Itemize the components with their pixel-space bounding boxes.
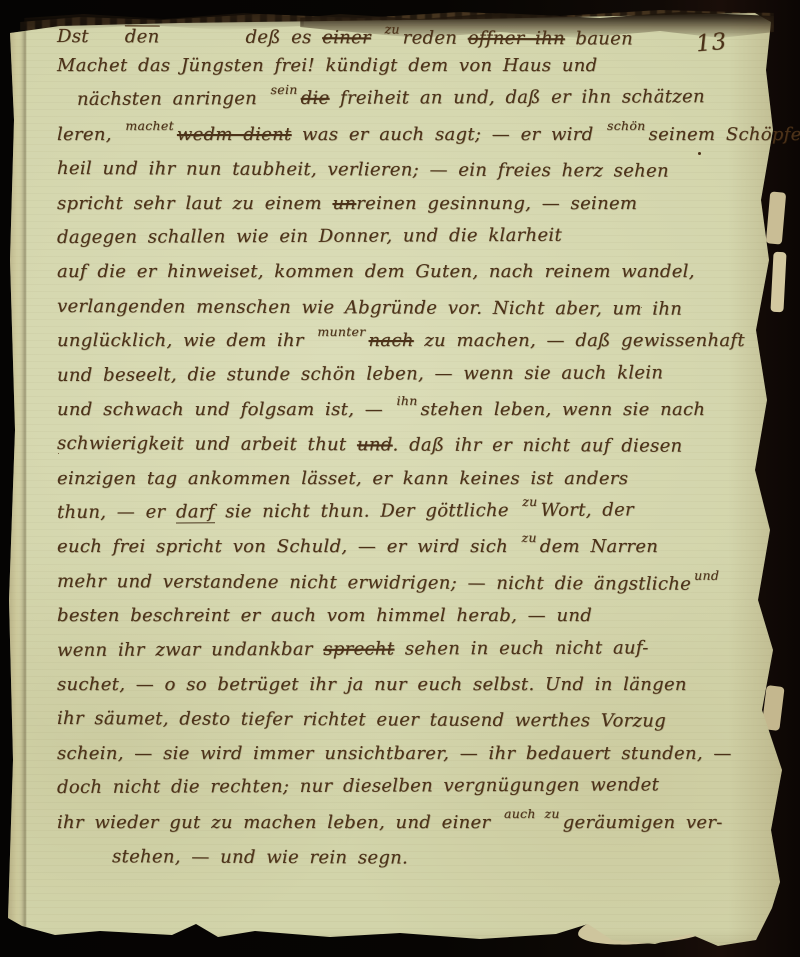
handwritten-line: wenn ihr zwar undankbar sprecht sehen in… bbox=[57, 637, 671, 674]
word-run: deß es bbox=[245, 27, 322, 48]
word-run: auf die er hinweiset, kommen dem Guten, … bbox=[57, 261, 695, 282]
word-run: zu machen, — daß gewissenhaft bbox=[414, 330, 745, 351]
struck-word: un bbox=[332, 193, 356, 214]
word-run: mehr und verstandene nicht erwidrigen; —… bbox=[57, 571, 691, 595]
word-run: heil und ihr nun taubheit, verlieren; — … bbox=[57, 158, 669, 182]
word-run: dagegen schallen wie ein Donner, und die… bbox=[57, 225, 562, 248]
text-block: Dstdendeß es einer zureden offner ihn ba… bbox=[57, 26, 671, 880]
inserted-word: sein bbox=[271, 82, 298, 97]
word-run: Machet das Jüngsten frei! kündigt dem vo… bbox=[57, 55, 597, 76]
handwritten-line: ihr säumet, desto tiefer richtet euer ta… bbox=[57, 708, 671, 745]
inserted-word: zu bbox=[384, 21, 399, 36]
inserted-word: schön bbox=[607, 118, 646, 133]
word-run: sie nicht thun. Der göttliche bbox=[215, 500, 520, 522]
struck-word: wedm dient bbox=[177, 124, 292, 145]
word-run: seinem Schöpfern bbox=[649, 124, 800, 145]
overlined-word: den bbox=[125, 26, 160, 47]
handwritten-line: und schwach und folgsam ist, — ihnstehen… bbox=[57, 399, 671, 433]
word-run: Wort, der bbox=[540, 500, 633, 521]
word-run: und schwach und folgsam ist, — bbox=[57, 399, 394, 420]
deckle-flap bbox=[770, 252, 786, 313]
handwritten-line: suchet, — o so betrüget ihr ja nur euch … bbox=[57, 674, 671, 708]
handwritten-line: euch frei spricht von Schuld, — er wird … bbox=[57, 536, 671, 570]
struck-word: und bbox=[357, 435, 393, 456]
handwritten-line: leren, machetwedm dient was er auch sagt… bbox=[57, 124, 671, 158]
handwritten-line: Machet das Jüngsten frei! kündigt dem vo… bbox=[57, 55, 671, 89]
struck-word: sprecht bbox=[323, 638, 394, 659]
word-run: verlangenden menschen wie Abgründe vor. … bbox=[57, 296, 682, 320]
struck-word: offner ihn bbox=[468, 28, 565, 49]
word-run: einzigen tag ankommen lässet, er kann ke… bbox=[57, 468, 628, 489]
word-run: nächsten anringen bbox=[77, 88, 268, 110]
underlined-word: darf bbox=[176, 501, 215, 523]
word-run: . daß ihr er nicht auf diesen bbox=[393, 435, 683, 457]
word-run: wenn ihr zwar undankbar bbox=[57, 638, 323, 660]
word-run: leren, bbox=[57, 124, 122, 145]
handwritten-line: dagegen schallen wie ein Donner, und die… bbox=[57, 224, 671, 261]
word-run: spricht sehr laut zu einem bbox=[57, 193, 332, 214]
word-run: schwierigkeit und arbeit thut bbox=[57, 433, 357, 455]
word-run: geräumigen ver- bbox=[563, 812, 723, 833]
word-run: Dst bbox=[57, 26, 89, 47]
handwritten-line: ihr wieder gut zu machen leben, und eine… bbox=[57, 812, 671, 846]
inserted-word: munter bbox=[317, 324, 365, 339]
handwritten-line: Dstdendeß es einer zureden offner ihn ba… bbox=[57, 26, 671, 58]
word-run: suchet, — o so betrüget ihr ja nur euch … bbox=[57, 674, 687, 695]
handwritten-line: heil und ihr nun taubheit, verlieren; — … bbox=[57, 158, 671, 195]
word-run: thun, — er bbox=[57, 502, 176, 524]
handwritten-line: schwierigkeit und arbeit thut und. daß i… bbox=[57, 433, 671, 470]
left-gutter-edge bbox=[0, 18, 26, 947]
word-run: reinen gesinnung, — seinem bbox=[356, 193, 637, 214]
word-run: doch nicht die rechten; nur dieselben ve… bbox=[57, 775, 659, 799]
page-number: 13 bbox=[695, 29, 728, 58]
handwritten-line: auf die er hinweiset, kommen dem Guten, … bbox=[57, 261, 671, 295]
struck-word: einer bbox=[322, 27, 371, 48]
word-run: sehen in euch nicht auf- bbox=[394, 637, 648, 659]
word-run: reden bbox=[403, 28, 468, 49]
word-run: ihr säumet, desto tiefer richtet euer ta… bbox=[57, 708, 666, 732]
word-run: euch frei spricht von Schuld, — er wird … bbox=[57, 536, 519, 557]
handwritten-line: besten beschreint er auch vom himmel her… bbox=[57, 605, 671, 639]
inserted-word: auch zu bbox=[504, 806, 560, 821]
handwritten-line: und beseelt, die stunde schön leben, — w… bbox=[57, 362, 671, 399]
word-run: bauen bbox=[565, 28, 633, 49]
inserted-word: machet bbox=[125, 118, 174, 133]
inserted-word: ihn bbox=[397, 393, 418, 408]
handwritten-line: spricht sehr laut zu einem unreinen gesi… bbox=[57, 193, 671, 227]
handwritten-line: unglücklich, wie dem ihr munternach zu m… bbox=[57, 330, 671, 364]
inserted-word: zu bbox=[522, 530, 537, 545]
inserted-word: und bbox=[694, 568, 719, 583]
bottom-edge-shading bbox=[0, 929, 800, 957]
word-run: stehen, — und wie rein segn. bbox=[112, 846, 408, 868]
handwritten-line: mehr und verstandene nicht erwidrigen; —… bbox=[57, 571, 671, 608]
word-run: ihr wieder gut zu machen leben, und eine… bbox=[57, 812, 501, 833]
struck-word: nach bbox=[369, 330, 414, 351]
handwritten-line: stehen, — und wie rein segn. bbox=[57, 846, 671, 883]
scan-background: Dstdendeß es einer zureden offner ihn ba… bbox=[0, 0, 800, 957]
struck-word: die bbox=[301, 88, 330, 109]
word-run: was er auch sagt; — er wird bbox=[292, 124, 604, 145]
word-run bbox=[371, 27, 382, 48]
word-run: dem Narren bbox=[540, 536, 658, 557]
word-run: unglücklich, wie dem ihr bbox=[57, 330, 314, 351]
word-run: freiheit an und, daß er ihn schätzen bbox=[329, 87, 704, 110]
handwritten-line: doch nicht die rechten; nur dieselben ve… bbox=[57, 775, 671, 812]
word-run: besten beschreint er auch vom himmel her… bbox=[57, 605, 592, 626]
handwritten-line: thun, — er darf sie nicht thun. Der gött… bbox=[57, 499, 671, 536]
handwritten-line: schein, — sie wird immer unsichtbarer, —… bbox=[57, 743, 671, 777]
handwritten-line: einzigen tag ankommen lässet, er kann ke… bbox=[57, 468, 671, 502]
inserted-word: zu bbox=[522, 494, 537, 509]
deckle-flap bbox=[766, 191, 786, 244]
word-run: schein, — sie wird immer unsichtbarer, —… bbox=[57, 743, 732, 764]
word-run: und beseelt, die stunde schön leben, — w… bbox=[57, 362, 663, 386]
word-run: stehen leben, wenn sie nach bbox=[421, 399, 706, 420]
